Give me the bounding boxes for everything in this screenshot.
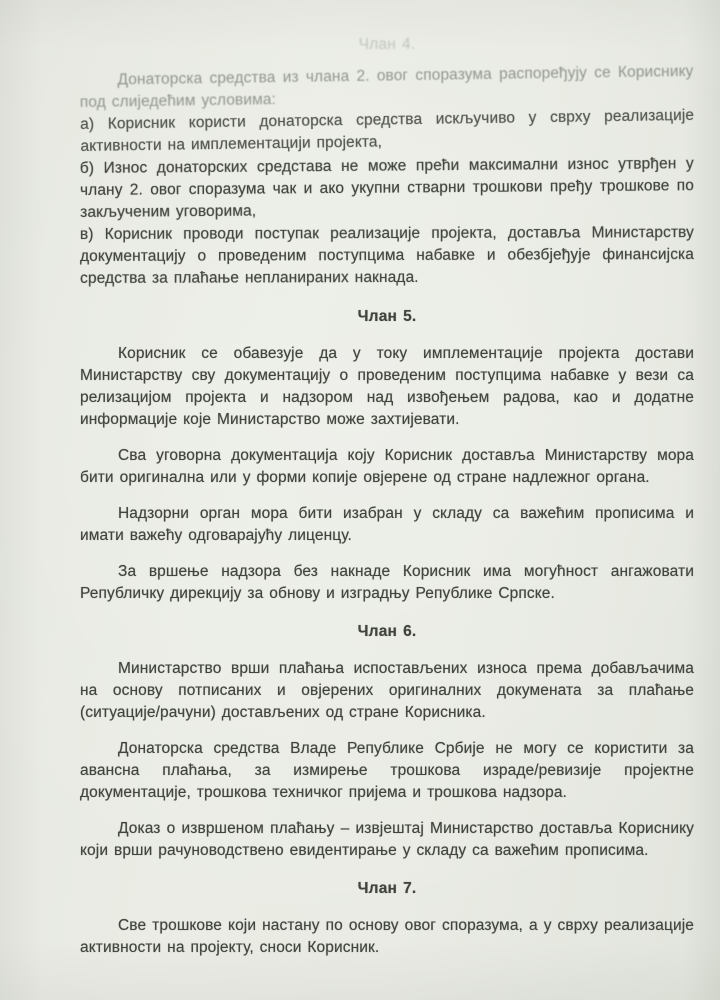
article-6-paragraph-1: Министарство врши плаћања испостављених … bbox=[80, 658, 694, 724]
article-5-paragraph-3: Надзорни орган мора бити изабран у склад… bbox=[80, 503, 694, 547]
article-5-paragraph-1: Корисник се обавезује да у току имплемен… bbox=[80, 343, 694, 431]
condition-item-a: а) Корисник користи донаторска средства … bbox=[80, 105, 695, 158]
article-6-heading: Члан 6. bbox=[80, 621, 694, 643]
article-6-paragraph-3: Доказ о извршеном плаћању – извјештај Ми… bbox=[80, 818, 694, 862]
article-5-paragraph-4: За вршење надзора без накнаде Корисник и… bbox=[80, 561, 694, 605]
article-5-heading: Члан 5. bbox=[80, 306, 694, 328]
article-7-heading: Члан 7. bbox=[80, 878, 694, 900]
article-7-paragraph-1: Све трошкове који настану по основу овог… bbox=[80, 915, 694, 959]
document-page: Члан 4. Донаторска средства из члана 2. … bbox=[0, 0, 720, 1000]
condition-item-v: в) Корисник проводи поступак реализације… bbox=[80, 222, 694, 290]
intro-section: Донаторска средства из члана 2. овог спо… bbox=[79, 61, 694, 158]
article-5-paragraph-2: Сва уговорна документација коју Корисник… bbox=[80, 445, 694, 489]
article-6-paragraph-2: Донаторска средства Владе Републике Срби… bbox=[80, 738, 694, 804]
condition-item-b: б) Износ донаторских средстава не може п… bbox=[80, 153, 694, 224]
article-4-heading: Члан 4. bbox=[80, 34, 694, 56]
